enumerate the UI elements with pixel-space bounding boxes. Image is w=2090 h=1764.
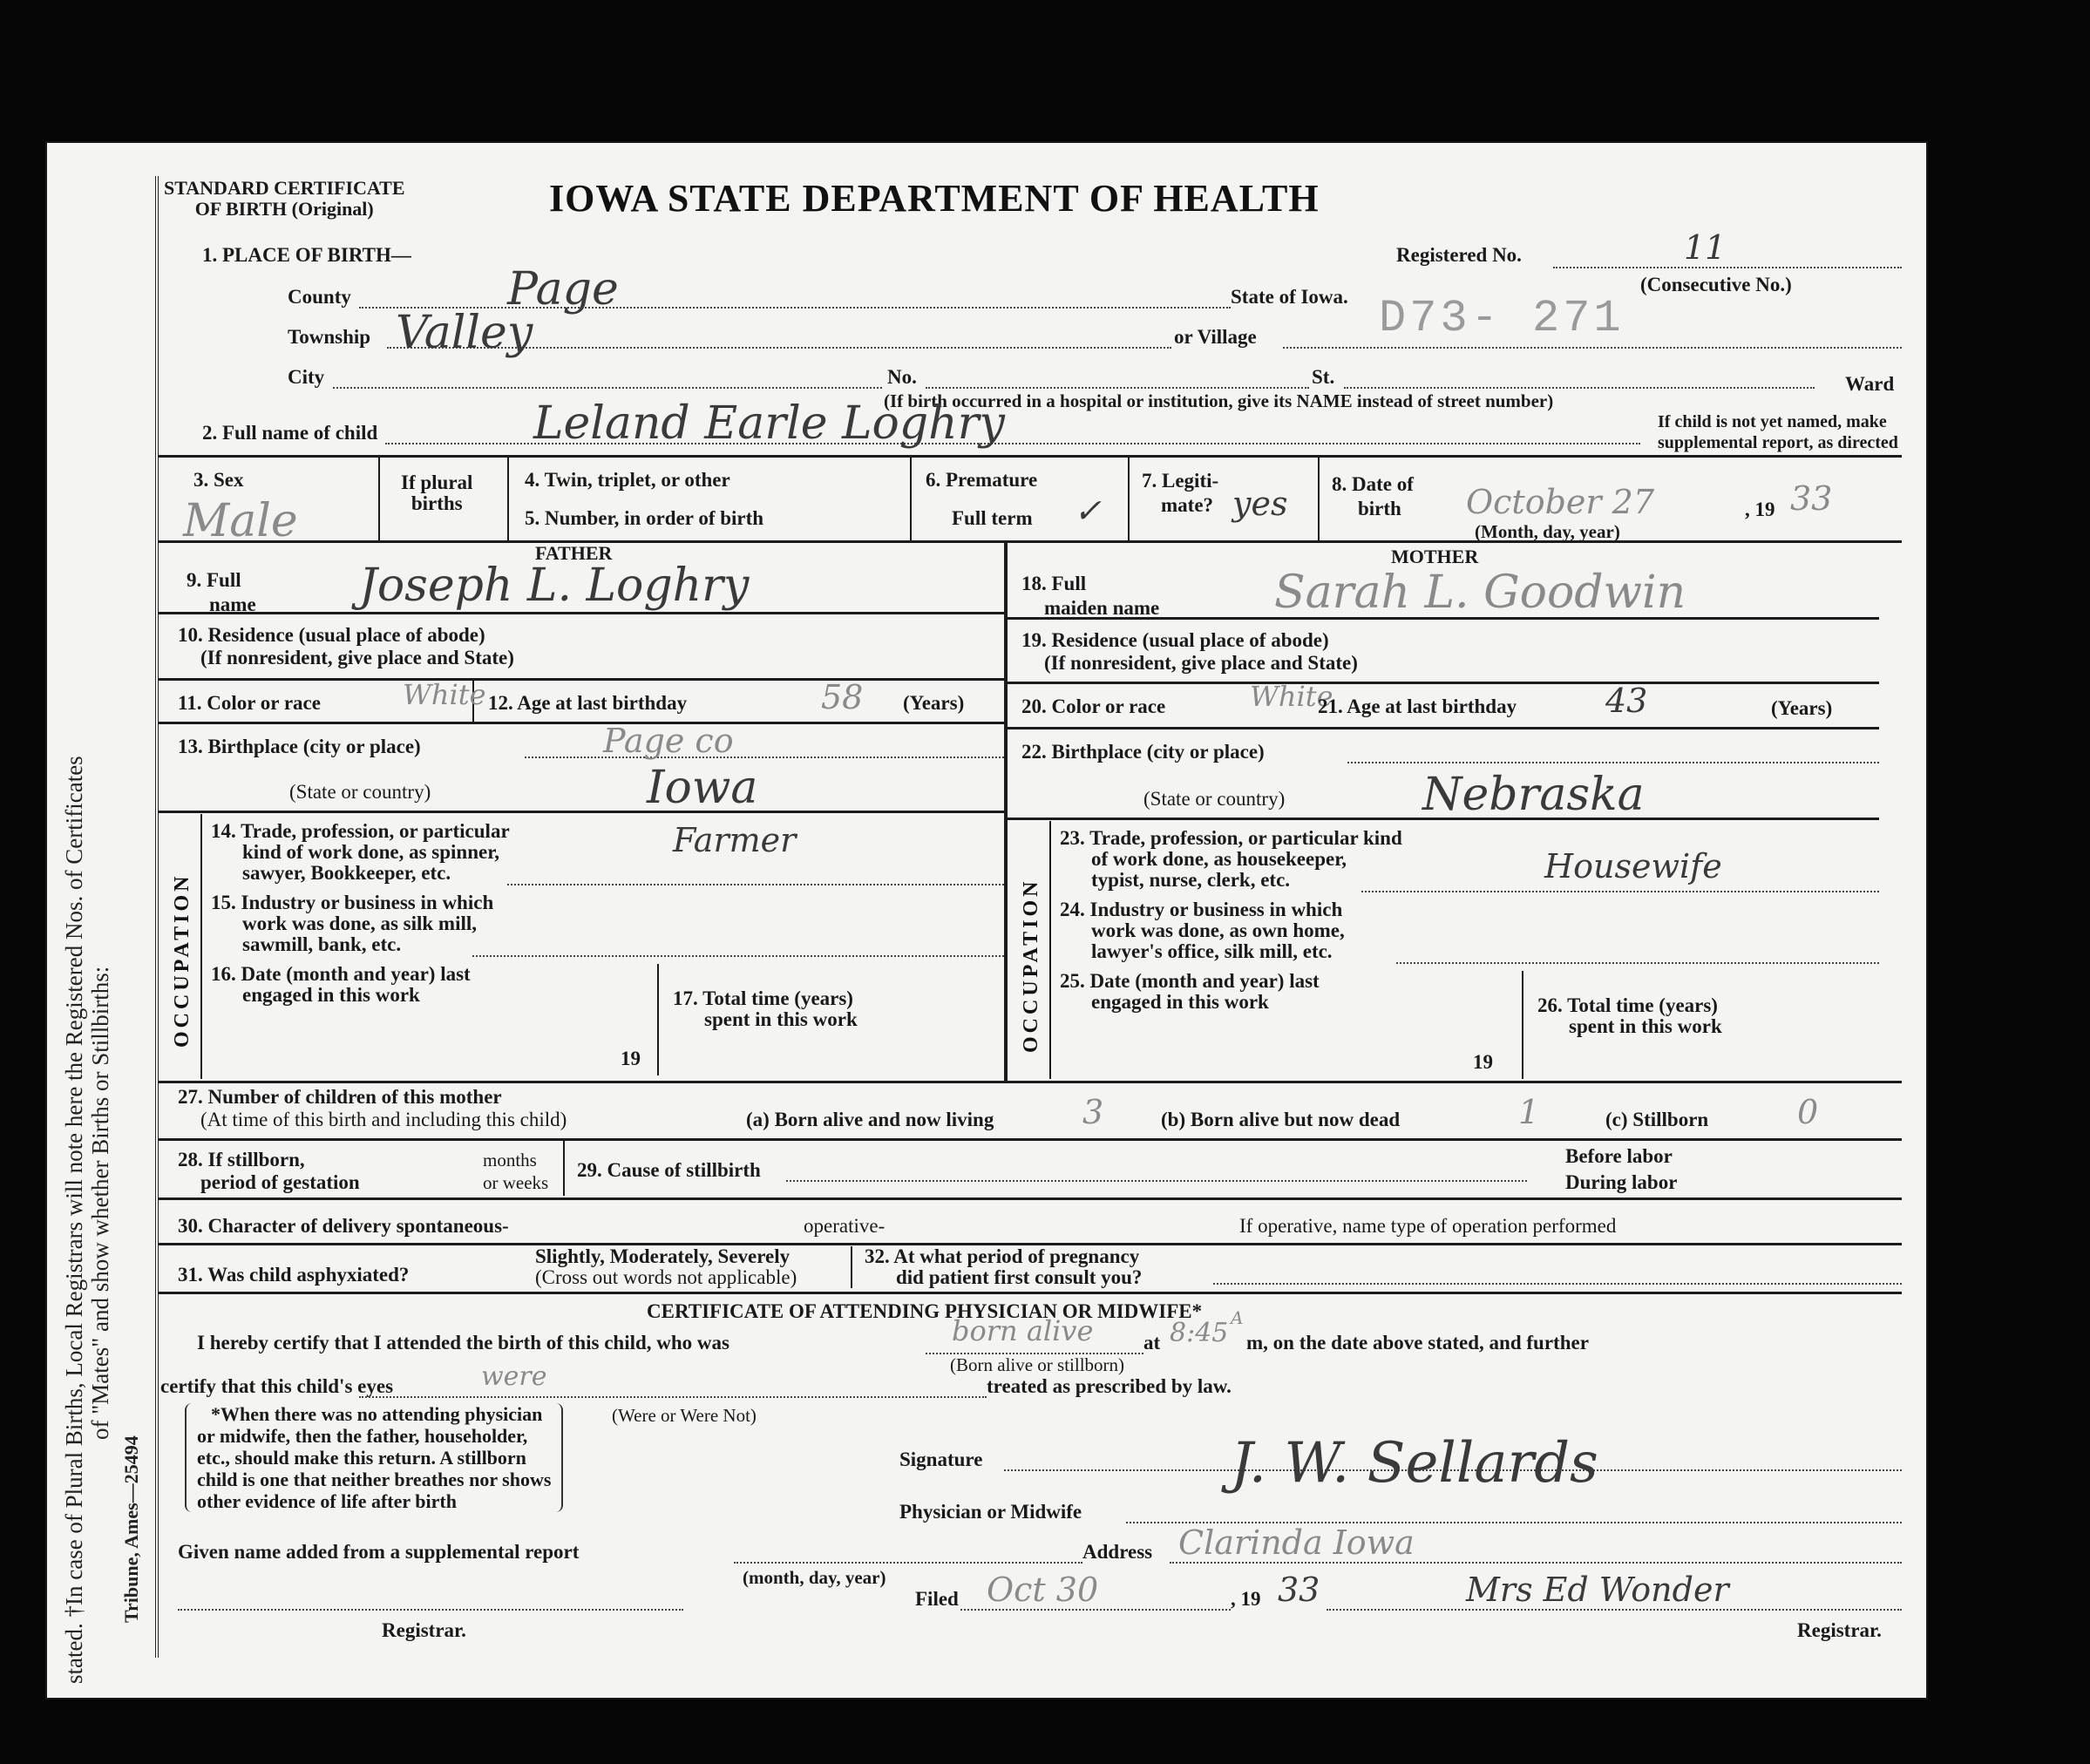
father-race-label: 11. Color or race <box>178 692 321 715</box>
divider <box>1008 617 1879 620</box>
divider <box>159 1138 1902 1141</box>
mother-residence-line-1: 19. Residence (usual place of abode) <box>1021 629 1358 652</box>
at-label: at <box>1143 1332 1160 1354</box>
divider <box>1522 971 1523 1079</box>
page-title: IOWA STATE DEPARTMENT OF HEALTH <box>549 176 1320 220</box>
note-line-1: *When there was no attending physician <box>197 1403 551 1425</box>
father-age-label: 12. Age at last birthday <box>488 692 687 715</box>
consult-line-1: 32. At what period of pregnancy <box>865 1246 1142 1267</box>
delivery-character-label: 30. Character of delivery spontaneous- <box>178 1215 509 1238</box>
divider <box>657 964 659 1075</box>
divider <box>159 1292 1902 1294</box>
unnamed-note: If child is not yet named, make suppleme… <box>1658 411 1898 453</box>
father-total-label: 17. Total time (years) spent in this wor… <box>673 988 858 1030</box>
registrar-signature-value: Mrs Ed Wonder <box>1466 1571 1729 1609</box>
unnamed-note-line-1: If child is not yet named, make <box>1658 411 1898 432</box>
unnamed-note-line-2: supplemental report, as directed <box>1658 432 1898 453</box>
date-hint: (month, day, year) <box>743 1567 886 1589</box>
note-line-3: etc., should make this return. A stillbo… <box>197 1447 551 1469</box>
mother-trade-line-3: typist, nurse, clerk, etc. <box>1060 870 1402 891</box>
mother-state-value: Nebraska <box>1422 769 1645 821</box>
village-label: or Village <box>1174 326 1257 349</box>
consult-label: 32. At what period of pregnancy did pati… <box>865 1246 1142 1288</box>
mother-name-value: Sarah L. Goodwin <box>1274 567 1686 619</box>
father-trade-line-1: 14. Trade, profession, or particular <box>211 821 510 842</box>
father-date-line-2: engaged in this work <box>211 985 471 1006</box>
note-line-4: child is one that neither breathes nor s… <box>197 1469 551 1490</box>
divider <box>200 814 202 1079</box>
father-trade-line-2: kind of work done, as spinner, <box>211 842 510 863</box>
father-industry-line-1: 15. Industry or business in which <box>211 892 493 913</box>
children-label-line-1: 27. Number of children of this mother <box>178 1086 567 1109</box>
born-status-value: born alive <box>952 1314 1093 1347</box>
note-line-2: or midwife, then the father, householder… <box>197 1425 551 1447</box>
st-line <box>1344 387 1815 389</box>
during-labor-label: During labor <box>1565 1171 1677 1194</box>
fullterm-label: Full term <box>952 507 1033 530</box>
registered-no-label: Registered No. <box>1396 244 1522 267</box>
father-trade-value: Farmer <box>673 821 796 859</box>
father-total-line-1: 17. Total time (years) <box>673 988 858 1009</box>
form-type-line-2: OF BIRTH (Original) <box>164 199 405 220</box>
gestation-units: months or weeks <box>483 1149 548 1194</box>
father-date-year-prefix: 19 <box>621 1048 641 1070</box>
divider <box>1008 727 1879 729</box>
supplemental-label: Given name added from a supplemental rep… <box>178 1541 579 1564</box>
registrar-label-left: Registrar. <box>382 1619 466 1642</box>
asphyx-hint: (Cross out words not applicable) <box>535 1267 797 1288</box>
parents-divider <box>1004 542 1008 1082</box>
no-physician-note: *When there was no attending physician o… <box>185 1403 563 1512</box>
fullterm-checkmark: ✓ <box>1074 492 1102 530</box>
dead-value: 1 <box>1518 1093 1539 1131</box>
sex-label: 3. Sex <box>193 469 244 492</box>
filed-date-value: Oct 30 <box>987 1571 1098 1609</box>
state-of-iowa-label: State of Iowa. <box>1231 286 1348 309</box>
dob-year-prefix: , 19 <box>1745 499 1775 521</box>
gestation-label: 28. If stillborn, period of gestation <box>178 1149 360 1194</box>
supplemental-line <box>734 1562 1082 1564</box>
dob-line-2: birth <box>1332 497 1414 521</box>
father-occupation-heading: OCCUPATION <box>171 873 194 1048</box>
eyes-line <box>359 1396 987 1398</box>
father-trade-line <box>507 884 1004 885</box>
father-industry-line-3: sawmill, bank, etc. <box>211 934 493 955</box>
months-label: months <box>483 1149 548 1171</box>
mother-trade-label: 23. Trade, profession, or particular kin… <box>1060 828 1402 891</box>
mother-race-label: 20. Color or race <box>1021 695 1165 718</box>
mother-date-year-prefix: 19 <box>1473 1051 1493 1074</box>
divider <box>378 457 380 540</box>
father-total-line-2: spent in this work <box>673 1009 858 1030</box>
father-age-value: 58 <box>821 678 863 716</box>
legit-line-1: 7. Legiti- <box>1142 469 1218 493</box>
were-hint: (Were or Were Not) <box>612 1405 757 1427</box>
form-type-line-1: STANDARD CERTIFICATE <box>164 178 405 199</box>
divider <box>910 457 912 540</box>
father-industry-line <box>472 955 1004 957</box>
father-trade-label: 14. Trade, profession, or particular kin… <box>211 821 510 884</box>
mother-trade-line-1: 23. Trade, profession, or particular kin… <box>1060 828 1402 849</box>
mother-total-line-2: spent in this work <box>1537 1016 1722 1037</box>
father-name-label: 9. Full name <box>187 568 256 617</box>
place-of-birth-label: 1. PLACE OF BIRTH— <box>202 244 411 267</box>
mother-heading: MOTHER <box>1391 546 1478 568</box>
children-count-label: 27. Number of children of this mother (A… <box>178 1086 567 1131</box>
registrar-left-line <box>178 1609 683 1611</box>
father-race-value: White <box>403 678 486 711</box>
physician-signature-value: J. W. Sellards <box>1231 1431 1598 1496</box>
before-labor-label: Before labor <box>1565 1145 1673 1168</box>
margin-line-1: stated. †In case of Plural Births, Local… <box>61 756 88 1684</box>
divider <box>159 612 1004 614</box>
father-birthplace-label: 13. Birthplace (city or place) <box>178 736 421 758</box>
divider <box>159 722 1004 724</box>
father-trade-line-3: sawyer, Bookkeeper, etc. <box>211 863 510 884</box>
mother-date-line-2: engaged in this work <box>1060 992 1320 1013</box>
consult-line-2: did patient first consult you? <box>865 1267 1142 1288</box>
mother-total-label: 26. Total time (years) spent in this wor… <box>1537 995 1722 1037</box>
born-hint: (Born alive or stillborn) <box>950 1354 1124 1376</box>
legitimate-label: 7. Legiti- mate? <box>1142 469 1218 518</box>
filed-label: Filed <box>915 1588 959 1611</box>
father-residence-line-2: (If nonresident, give place and State) <box>178 647 514 669</box>
father-industry-label: 15. Industry or business in which work w… <box>211 892 493 955</box>
stamp-number: D73- 271 <box>1379 293 1625 344</box>
mother-date-line-1: 25. Date (month and year) last <box>1060 971 1320 992</box>
premature-label: 6. Premature <box>926 469 1037 492</box>
mother-state-label: (State or country) <box>1143 788 1285 811</box>
divider <box>159 1081 1902 1083</box>
mother-birthplace-label: 22. Birthplace (city or place) <box>1021 741 1265 763</box>
mother-trade-value: Housewife <box>1544 847 1722 885</box>
birth-certificate-page: stated. †In case of Plural Births, Local… <box>45 141 1928 1700</box>
asphyxiated-label: 31. Was child asphyxiated? <box>178 1264 409 1286</box>
divider <box>1049 821 1051 1079</box>
operative-label: operative- <box>804 1215 885 1238</box>
mother-trade-line-2: of work done, as housekeeper, <box>1060 849 1402 870</box>
divider <box>507 457 509 540</box>
filed-year-prefix: , 19 <box>1231 1588 1261 1611</box>
dob-year-value: 33 <box>1790 479 1832 518</box>
note-line-5: other evidence of life after birth <box>197 1490 551 1512</box>
living-value: 3 <box>1082 1093 1103 1131</box>
registrar-line <box>1327 1609 1902 1611</box>
address-label: Address <box>1082 1541 1152 1564</box>
plural-line-2: births <box>401 493 472 514</box>
mother-name-label: 18. Full maiden name <box>1021 572 1159 621</box>
divider <box>1128 457 1130 540</box>
legit-line-2: mate? <box>1142 493 1218 518</box>
dead-label: (b) Born alive but now dead <box>1161 1109 1400 1131</box>
father-birthplace-value: Page co <box>603 722 734 760</box>
mother-industry-line-1: 24. Industry or business in which <box>1060 899 1345 920</box>
plural-line-1: If plural <box>401 472 472 493</box>
mother-residence-line-2: (If nonresident, give place and State) <box>1021 652 1358 675</box>
city-line <box>333 387 882 389</box>
registrar-label-right: Registrar. <box>1797 1619 1882 1642</box>
certify-text: I hereby certify that I attended the bir… <box>197 1332 729 1354</box>
cause-line <box>786 1180 1527 1182</box>
father-name-value: Joseph L. Loghry <box>359 560 749 612</box>
mother-industry-line-3: lawyer's office, silk mill, etc. <box>1060 941 1345 962</box>
form-type: STANDARD CERTIFICATE OF BIRTH (Original) <box>164 178 405 220</box>
township-value: Valley <box>396 307 533 359</box>
consult-line <box>1213 1283 1902 1285</box>
mother-industry-label: 24. Industry or business in which work w… <box>1060 899 1345 962</box>
father-industry-line-2: work was done, as silk mill, <box>211 913 493 934</box>
weeks-label: or weeks <box>483 1171 548 1194</box>
divider <box>563 1140 565 1196</box>
margin-instructions: stated. †In case of Plural Births, Local… <box>45 141 150 1700</box>
divider <box>159 678 1004 681</box>
margin-line-2: of "Mates" and show whether Births or St… <box>87 967 114 1440</box>
asphyx-options-text: Slightly, Moderately, Severely <box>535 1246 797 1267</box>
no-label: No. <box>887 366 917 389</box>
divider <box>1008 682 1879 684</box>
filed-line <box>960 1609 1231 1611</box>
divider <box>1008 818 1879 820</box>
no-line <box>926 387 1309 389</box>
mother-name-line-1: 18. Full <box>1021 572 1159 596</box>
mother-date-label: 25. Date (month and year) last engaged i… <box>1060 971 1320 1013</box>
divider <box>1318 457 1320 540</box>
city-label: City <box>288 366 324 389</box>
registered-no-line <box>1553 267 1902 268</box>
eyes-value: were <box>481 1361 547 1392</box>
physician-midwife-label: Physician or Midwife <box>899 1501 1082 1523</box>
divider <box>159 455 1902 458</box>
certificate-form: STANDARD CERTIFICATE OF BIRTH (Original)… <box>155 176 1902 1658</box>
twin-label: 4. Twin, triplet, or other <box>525 469 730 492</box>
dob-label: 8. Date of birth <box>1332 472 1414 521</box>
registered-no-value: 11 <box>1684 228 1726 267</box>
children-label-line-2: (At time of this birth and including thi… <box>178 1109 567 1131</box>
gestation-line-2: period of gestation <box>178 1171 360 1194</box>
stillborn-value: 0 <box>1797 1093 1818 1131</box>
physician-midwife-text: Physician or Midwife <box>899 1501 1082 1523</box>
asphyxiated-options: Slightly, Moderately, Severely (Cross ou… <box>535 1246 797 1288</box>
father-state-value: Iowa <box>647 762 757 814</box>
order-label: 5. Number, in order of birth <box>525 507 763 530</box>
dob-value: October 27 <box>1466 483 1654 521</box>
mother-residence-label: 19. Residence (usual place of abode) (If… <box>1021 629 1358 675</box>
address-value: Clarinda Iowa <box>1178 1523 1415 1562</box>
st-label: St. <box>1312 366 1334 389</box>
signature-label: Signature <box>899 1449 982 1471</box>
mother-total-line-1: 26. Total time (years) <box>1537 995 1722 1016</box>
sex-value: Male <box>183 495 298 547</box>
child-name-label: 2. Full name of child <box>202 422 377 444</box>
village-line <box>1283 347 1902 349</box>
plural-births-label: If plural births <box>401 472 472 514</box>
treated-text: treated as prescribed by law. <box>987 1375 1232 1398</box>
father-birthplace-line <box>525 756 1004 758</box>
after-time-text: m, on the date above stated, and further <box>1246 1332 1589 1354</box>
mother-age-value: 43 <box>1605 682 1647 720</box>
stillborn-label: (c) Stillborn <box>1605 1109 1708 1131</box>
filed-year-value: 33 <box>1278 1571 1320 1609</box>
living-label: (a) Born alive and now living <box>746 1109 994 1131</box>
mother-occupation-heading: OCCUPATION <box>1020 879 1043 1053</box>
father-date-label: 16. Date (month and year) last engaged i… <box>211 964 471 1006</box>
divider <box>851 1246 852 1288</box>
dob-line-1: 8. Date of <box>1332 472 1414 497</box>
mother-birthplace-line <box>1347 762 1879 763</box>
certificate-heading: CERTIFICATE OF ATTENDING PHYSICIAN OR MI… <box>647 1300 1202 1323</box>
mother-industry-line-2: work was done, as own home, <box>1060 920 1345 941</box>
father-state-label: (State or country) <box>289 781 431 804</box>
printer-imprint: Tribune, Ames—25494 <box>120 1435 143 1623</box>
father-residence-label: 10. Residence (usual place of abode) (If… <box>178 624 514 669</box>
father-years-label: (Years) <box>903 692 964 715</box>
divider <box>159 1197 1902 1200</box>
father-name-line-1: 9. Full <box>187 568 256 593</box>
divider <box>159 811 1004 813</box>
child-name-value: Leland Earle Loghry <box>533 397 1005 450</box>
mother-age-label: 21. Age at last birthday <box>1318 695 1517 718</box>
mother-trade-line <box>1361 891 1879 892</box>
mother-industry-line <box>1396 962 1879 964</box>
mother-years-label: (Years) <box>1771 697 1832 720</box>
birth-time-value: 8:45 <box>1170 1318 1228 1348</box>
divider <box>159 540 1902 543</box>
county-label: County <box>288 286 351 309</box>
township-label: Township <box>288 326 370 349</box>
cause-of-stillbirth-label: 29. Cause of stillbirth <box>577 1159 761 1182</box>
father-date-line-1: 16. Date (month and year) last <box>211 964 471 985</box>
gestation-line-1: 28. If stillborn, <box>178 1149 360 1171</box>
legitimate-value: yes <box>1232 485 1287 523</box>
ward-label: Ward <box>1845 373 1894 396</box>
operation-type-label: If operative, name type of operation per… <box>1239 1215 1616 1238</box>
consecutive-no-hint: (Consecutive No.) <box>1640 274 1792 296</box>
am-mark: A <box>1231 1307 1243 1328</box>
father-residence-line-1: 10. Residence (usual place of abode) <box>178 624 514 647</box>
address-line <box>1170 1562 1902 1564</box>
eyes-text: certify that this child's eyes <box>160 1375 393 1398</box>
